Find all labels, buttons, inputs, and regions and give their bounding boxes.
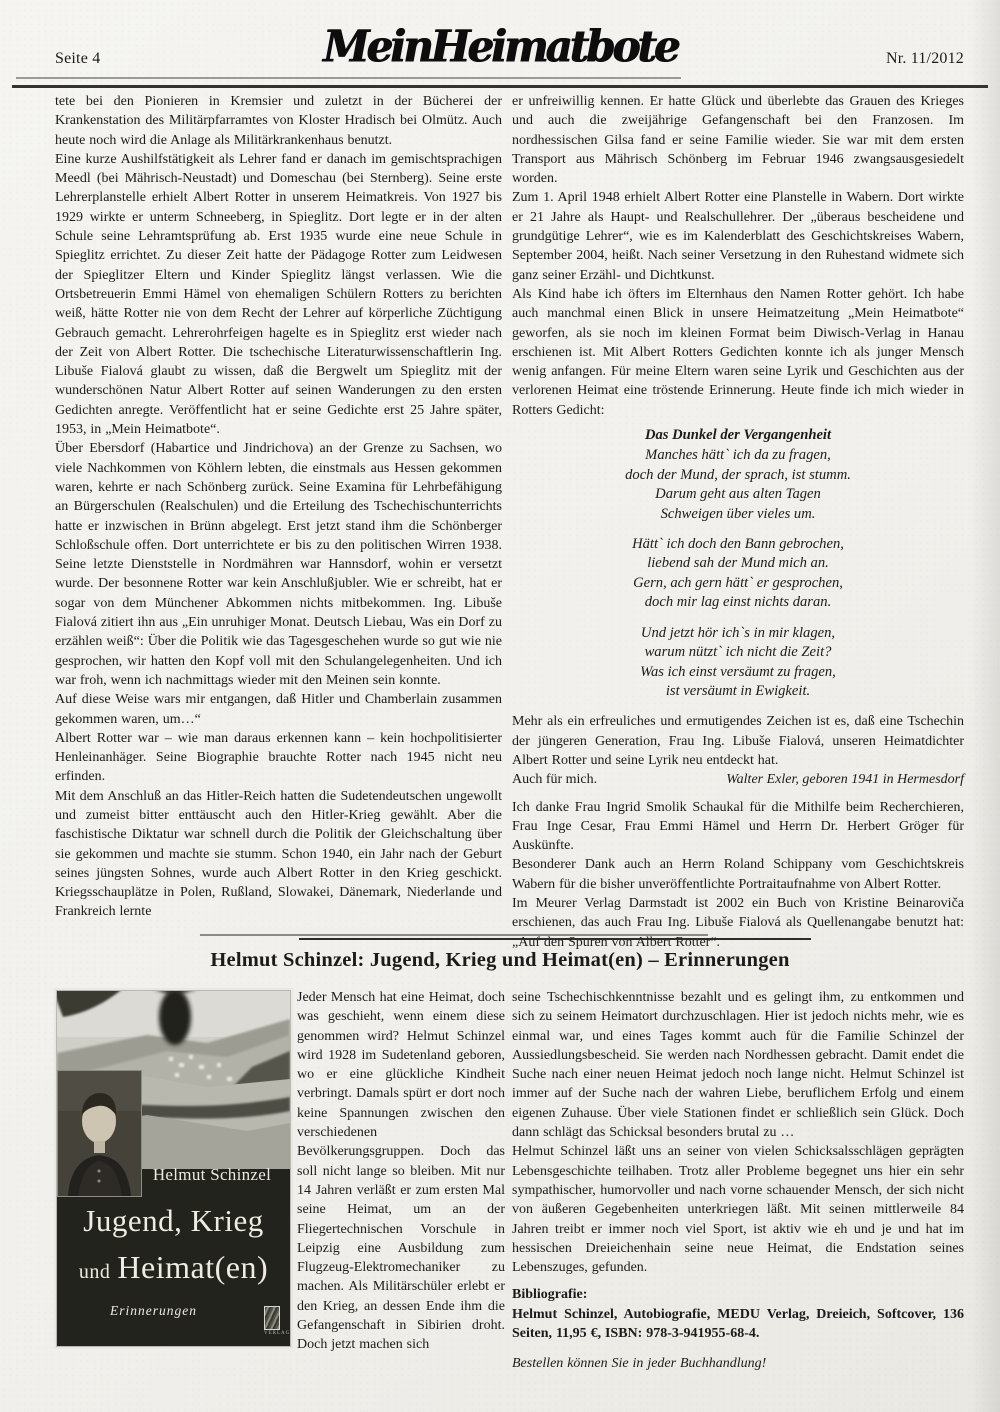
article-paragraph: Im Meurer Verlag Darmstadt ist 2002 ein … bbox=[512, 894, 964, 952]
article-right-column: er unfreiwillig kennen. Er hatte Glück u… bbox=[512, 92, 964, 952]
author-attribution-row: Auch für mich. Walter Exler, geboren 194… bbox=[512, 770, 964, 789]
poem-title: Das Dunkel der Vergangenheit bbox=[512, 426, 964, 445]
poem-line: Manches hätt` ich da zu fragen, bbox=[512, 446, 964, 465]
section-divider-line bbox=[200, 934, 708, 936]
book-paragraph: Jeder Mensch hat eine Heimat, doch was g… bbox=[297, 988, 505, 1355]
article-paragraph: Mehr als ein erfreuliches und ermutigend… bbox=[512, 712, 964, 770]
issue-number-label: Nr. 11/2012 bbox=[886, 50, 964, 68]
cover-subtitle: Erinnerungen bbox=[57, 1303, 250, 1319]
poem-line: doch der Mund, der sprach, ist stumm. bbox=[512, 466, 964, 485]
poem-line: Was ich einst versäumt zu fragen, bbox=[512, 663, 964, 682]
publisher-logo: VERLAG bbox=[264, 1306, 280, 1336]
publisher-logo-icon bbox=[264, 1306, 280, 1330]
article-paragraph: tete bei den Pionieren in Kremsier und z… bbox=[55, 92, 502, 150]
poem-line: warum nützt` ich nicht die Zeit? bbox=[512, 643, 964, 662]
article-paragraph: Eine kurze Aushilfstätigkeit als Lehrer … bbox=[55, 150, 502, 439]
section-divider-line bbox=[299, 938, 811, 941]
article-left-column: tete bei den Pionieren in Kremsier und z… bbox=[55, 92, 502, 922]
acknowledgement-paragraph: Ich danke Frau Ingrid Smolik Schaukal fü… bbox=[512, 798, 964, 856]
poem-stanza: Hätt` ich doch den Bann gebrochen, liebe… bbox=[512, 535, 964, 613]
book-text-column-right: seine Tschechischkenntnisse bezahlt und … bbox=[512, 988, 964, 1374]
poem-line: Und jetzt hör ich`s in mir klagen, bbox=[512, 624, 964, 643]
article-paragraph: Albert Rotter war – wie man daraus erken… bbox=[55, 729, 502, 787]
order-note: Bestellen können Sie in jeder Buchhandlu… bbox=[512, 1354, 964, 1373]
book-paragraph: seine Tschechischkenntnisse bezahlt und … bbox=[512, 988, 964, 1142]
poem-line: Schweigen über vieles um. bbox=[512, 505, 964, 524]
cover-author-name: Helmut Schinzel bbox=[142, 1165, 282, 1185]
header-rule-thick bbox=[12, 85, 988, 88]
poem-line: ist versäumt in Ewigkeit. bbox=[512, 682, 964, 701]
author-attribution: Walter Exler, geboren 1941 in Hermesdorf bbox=[726, 770, 964, 789]
publisher-logo-caption: VERLAG bbox=[264, 1331, 280, 1336]
article-paragraph: Auf diese Weise wars mir entgangen, daß … bbox=[55, 690, 502, 729]
poem-line: Hätt` ich doch den Bann gebrochen, bbox=[512, 535, 964, 554]
article-paragraph: Als Kind habe ich öfters im Elternhaus d… bbox=[512, 285, 964, 420]
cover-title-line-1: Jugend, Krieg bbox=[57, 1203, 290, 1239]
bibliography-text: Helmut Schinzel, Autobiografie, MEDU Ver… bbox=[512, 1305, 964, 1344]
poem-line: doch mir lag einst nichts daran. bbox=[512, 593, 964, 612]
poem-block: Das Dunkel der Vergangenheit Manches hät… bbox=[512, 426, 964, 701]
article-paragraph: Über Ebersdorf (Habartice und Jindrichov… bbox=[55, 439, 502, 690]
header-rule-thin bbox=[16, 77, 681, 79]
newspaper-masthead: MeinHeimatbote bbox=[0, 21, 1000, 72]
book-paragraph: Helmut Schinzel läßt uns an seiner von v… bbox=[512, 1142, 964, 1277]
poem-line: Gern, ach gern hätt` er gesprochen, bbox=[512, 574, 964, 593]
article-paragraph: Zum 1. April 1948 erhielt Albert Rotter … bbox=[512, 188, 964, 284]
cover-title-line-2: undHeimat(en) bbox=[57, 1249, 290, 1286]
poem-stanza: Manches hätt` ich da zu fragen, doch der… bbox=[512, 446, 964, 524]
poem-line: liebend sah der Mund mich an. bbox=[512, 554, 964, 573]
poem-stanza: Und jetzt hör ich`s in mir klagen, warum… bbox=[512, 624, 964, 702]
book-text-column-middle: Jeder Mensch hat eine Heimat, doch was g… bbox=[297, 988, 505, 1355]
cover-title-und: und bbox=[79, 1261, 111, 1283]
acknowledgement-paragraph: Besonderer Dank auch an Herrn Roland Sch… bbox=[512, 855, 964, 894]
article-paragraph-tail: Auch für mich. bbox=[512, 770, 597, 789]
cover-text-area: Helmut Schinzel Jugend, Krieg undHeimat(… bbox=[57, 1169, 290, 1346]
article-paragraph: er unfreiwillig kennen. Er hatte Glück u… bbox=[512, 92, 964, 188]
book-cover: Helmut Schinzel Jugend, Krieg undHeimat(… bbox=[57, 991, 290, 1346]
cover-title-heimaten: Heimat(en) bbox=[117, 1249, 268, 1285]
article-paragraph: Mit dem Anschluß an das Hitler-Reich hat… bbox=[55, 787, 502, 922]
book-section-heading: Helmut Schinzel: Jugend, Krieg und Heima… bbox=[40, 949, 960, 972]
bibliography-label: Bibliografie: bbox=[512, 1285, 964, 1304]
poem-line: Darum geht aus alten Tagen bbox=[512, 485, 964, 504]
newspaper-page-scan: Seite 4 MeinHeimatbote Nr. 11/2012 tete … bbox=[0, 0, 1000, 1412]
